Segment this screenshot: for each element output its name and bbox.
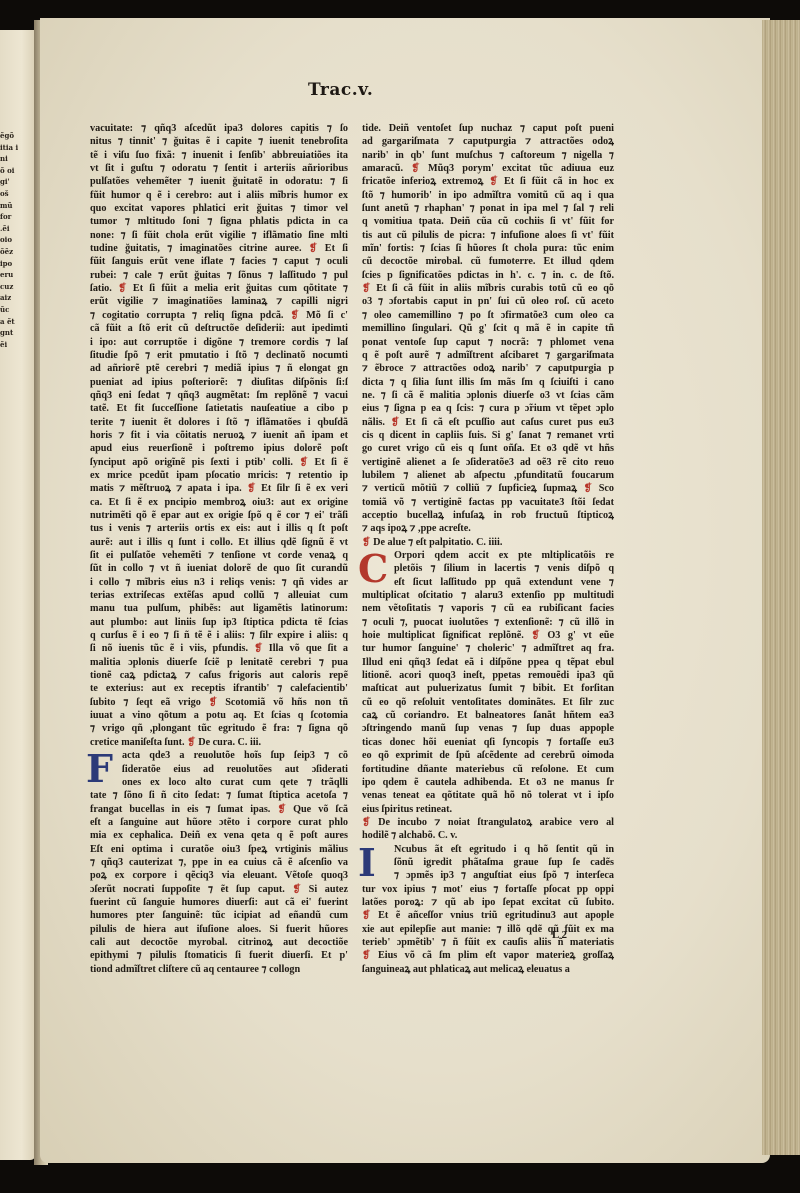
text-line: Orpori qdem accit ex pte mltiplicatõis r… (394, 549, 614, 562)
text-line: ɔſtringendo manũ ſup venas ⁊ ſup duas ap… (362, 722, 614, 735)
left-text-column: vacuitate: ⁊ qñq3 aſcedũt ipa3 dolores c… (90, 122, 348, 976)
rubric-pilcrow-icon: ❡ (299, 457, 308, 468)
text-line: ſatio. ❡ Et ſi fũit a melia erit ğuitas … (90, 282, 348, 295)
text-line: nutrimẽti qõ ẽ epar aut ex origie ſpõ q … (90, 509, 348, 522)
rubric-pilcrow-icon: ❡ (309, 243, 318, 254)
text-line: mia ex cephalica. Deiñ ex vena qeta q ẽ … (90, 829, 348, 842)
text-line: ca. Et ſi ẽ ex pncipio membroꝝ oiu3: aut… (90, 496, 348, 509)
text-line: ſũt in collo ⁊ vt ñ iueniat dolorẽ de qu… (90, 562, 348, 575)
text-line: iuuat a vino qõtum a potu aq. Et ſcias q… (90, 709, 348, 722)
facing-left-page: ẽgõitia iniõ oigi'ošmũfor.ẽioioõẽzipoeru… (0, 30, 36, 1160)
text-line: dicta ⁊ q ſilia ſunt illis ſm mãs ſm q ſ… (362, 376, 614, 389)
illuminated-initial: I (358, 844, 376, 882)
rubric-pilcrow-icon: ❡ (531, 630, 540, 641)
text-line: pilulis de hiera aut iſuſione aloes. Si … (90, 923, 348, 936)
text-line: Illud eni qñq3 ſedat eã i diſpõne ppea q… (362, 656, 614, 669)
text-line: ⁊ aqs ipoꝝ ⁊ ,ppe acreſte. (362, 522, 614, 535)
rubric-pilcrow-icon: ❡ (292, 884, 301, 895)
text-line: ponat ventoſe ſup caput ⁊ nocrã: ⁊ phlom… (362, 336, 614, 349)
text-line: xie aut epilepſie aut manie: ⁊ illõ qdẽ … (362, 923, 614, 936)
text-line: cũ decoctõe mirobal. cũ fumoterre. Et il… (362, 255, 614, 268)
rubric-pilcrow-icon: ❡ (362, 950, 371, 961)
text-line: cũ eo qõ reſoluit ventoſitates dominãtes… (362, 696, 614, 709)
text-line: ⁊ vrigo qñ ,plongant tũc egritudo ẽ fra:… (90, 722, 348, 735)
text-line: ad añriorẽ ptẽ cerebri ⁊ mediã ipius ⁊ ñ… (90, 362, 348, 375)
text-line: cã fũit a ſtõ erit cũ deſtructõe deſider… (90, 322, 348, 335)
text-line: ſideratõe eius ad reuolutões aut ɔſidera… (122, 763, 348, 776)
initial-block: COrpori qdem accit ex pte mltiplicatõis … (362, 549, 614, 589)
text-line: hodilẽ ⁊ alchabõ. C. v. (362, 829, 614, 842)
text-line: ⁊ oleo camemillino ⁊ po ſt ɔfirmatõe3 cu… (362, 309, 614, 322)
rubric-pilcrow-icon: ❡ (411, 163, 420, 174)
text-line: eo qõ exprimit de ſpũ aſcẽdente ad cereb… (362, 749, 614, 762)
text-line: i collo ⁊ mĩbris eius n3 i reliqs venis:… (90, 576, 348, 589)
text-line: malitia ɔplonis diuerſe ſciẽ p lenitatẽ … (90, 656, 348, 669)
text-line: Ncubus ãt eſt egritudo i q hõ ſentit qũ … (394, 843, 614, 856)
text-line: ſitudie ſpõ ⁊ erit pmutatio i ſtõ ⁊ decl… (90, 349, 348, 362)
text-line: ſynciput apõ origĩnẽ pis ſexti i ptib' c… (90, 456, 348, 469)
text-line: nãlis. ❡ Et ſi cã eſt pcuſſio aut caſus … (362, 416, 614, 429)
text-line: fricatõe inferioꝝ extremoꝝ ❡ Et ſi fũit … (362, 175, 614, 188)
text-line: ſi nõ iuenis tũc ẽ i viis, pfundis. ❡ Il… (90, 642, 348, 655)
text-line: terite ⁊ iuenit ẽt dolores i ſtõ ⁊ iflãm… (90, 416, 348, 429)
text-line: ⁊ qñq3 cauterizat ⁊, ppe in ea cuius cã … (90, 856, 348, 869)
text-line: tus i venis ⁊ arteriis ortis ex eis: aut… (90, 522, 348, 535)
rubric-pilcrow-icon: ❡ (362, 910, 371, 921)
text-line: quo excitat vapores phlatici erit ğuitas… (90, 202, 348, 215)
text-line: tur vox ipius ⁊ mot' eius ⁊ fortaſſe pſo… (362, 883, 614, 896)
text-line: fũit humor q ẽ i cerebro: aut i aliis mĩ… (90, 189, 348, 202)
text-line: acceptio bucellaꝝ infuſaꝝ in rob fructuũ… (362, 509, 614, 522)
text-line: lubilem ⁊ alienet ab aſpectu ,pfunditatũ… (362, 469, 614, 482)
text-line: pletõis ⁊ ſilium in lacertis ⁊ venis diſ… (394, 562, 614, 575)
text-line: ad gargariſmata ⁊ caputpurgia ⁊ attractõ… (362, 135, 614, 148)
text-line: aurẽ: aut i illis q ſunt i collo. Et ill… (90, 536, 348, 549)
text-line: cis q dicent in capliis ſuis. Si g' ſana… (362, 429, 614, 442)
illuminated-initial: C (358, 550, 388, 588)
text-line: terias extriſecas extẽſas apud collũ ⁊ a… (90, 589, 348, 602)
rubric-pilcrow-icon: ❡ (291, 310, 300, 321)
text-line: ſit ei pulſatõe vehemẽti ⁊ tenſione vt c… (90, 549, 348, 562)
text-line: vertiginẽ alienet a ſe ɔſideratõe3 ad oẽ… (362, 456, 614, 469)
text-line: maſticat aut puluerizatus ſumit ⁊ bibit.… (362, 682, 614, 695)
rubric-pilcrow-icon: ❡ (277, 804, 286, 815)
rubric-pilcrow-icon: ❡ (489, 176, 498, 187)
text-line: eſt ſicut laſſitudo pp quã extendunt ven… (394, 576, 614, 589)
rubric-pilcrow-icon: ❡ (118, 283, 127, 294)
text-line: ſtõ ⁊ humorib' in ipo admĩſtra vomitũ cũ… (362, 189, 614, 202)
text-line: ❡ De incubo ⁊ noiat ſtrangulatoꝝ arabice… (362, 816, 614, 829)
text-line: ⁊ ɔpmẽs ip3 ⁊ anguſtiat eius ſpõ ⁊ inter… (394, 869, 614, 882)
text-line: qñq3 eni ſedat ⁊ qñq3 augmẽtat: ſm replõ… (90, 389, 348, 402)
rubric-pilcrow-icon: ❡ (362, 537, 371, 548)
text-line: erũt vigilie ⁊ imaginatiões laminaꝝ ⁊ ca… (90, 295, 348, 308)
text-line: fũit ſanguis erũt vene iflate ⁊ facies ⁊… (90, 255, 348, 268)
text-line: fortitudine dñante materiebus cũ reſolon… (362, 763, 614, 776)
text-line: ⁊ verticũ mõtiũ ⁊ colliũ ⁊ ſupficieꝝ ſup… (362, 482, 614, 495)
text-line: o3 ⁊ ɔfortabis caput in pn' ſui cũ oleo … (362, 295, 614, 308)
text-line: memillino ſingulari. Qũ g' ſcit q mã ẽ i… (362, 322, 614, 335)
text-line: q curſus ẽ i eo ⁊ ſi ñ tẽ ẽ i aliis: ⁊ ſ… (90, 629, 348, 642)
text-line: latões poroꝝ: ⁊ qũ ab ipo ſepat excitat … (362, 896, 614, 909)
running-head: Trac.v. (308, 80, 373, 100)
text-line: rubei: ⁊ cale ⁊ erũt ğuitas ⁊ ſõnus ⁊ la… (90, 269, 348, 282)
rubric-pilcrow-icon: ❡ (362, 817, 371, 828)
initial-block: INcubus ãt eſt egritudo i q hõ ſentit qũ… (362, 843, 614, 883)
text-line: multiplicat oſcitatio ⁊ alaru3 extenſio … (362, 589, 614, 602)
text-line: ❡ Et ſi cã fũit in aliis mĩbris curabis … (362, 282, 614, 295)
signature-mark: L 2 (552, 929, 567, 941)
text-line: eius ſpiritus retineat. (362, 803, 614, 816)
text-line: ſunt anetũ ⁊ rhaphan' ⁊ ponat in ipa mel… (362, 202, 614, 215)
text-line: ❡ De alue ⁊ eſt palpitatio. C. iiii. (362, 536, 614, 549)
text-line: eſt a ſanguine aut hũore ɔtẽto i corpore… (90, 816, 348, 829)
text-line: epithymi ⁊ pilulis ſtomaticis ſi fuerit … (90, 949, 348, 962)
text-line: terieb' ɔpmẽtib' ⁊ ñ fũit ex cauſis alii… (362, 936, 614, 949)
text-line: horis ⁊ fit i via cõitatis neruoꝝ ⁊ iuen… (90, 429, 348, 442)
text-line: tionẽ caꝝ pdictaꝝ ⁊ caſus frigoris aut c… (90, 669, 348, 682)
text-line: poꝝ ex corpore i qẽciq3 via eleuant. Vẽt… (90, 869, 348, 882)
text-line: ⁊ ẽbroce ⁊ attractões odoꝝ narib' ⁊ capu… (362, 362, 614, 375)
text-line: ne. ⁊ ſi cã ẽ malitia ɔplonis diuerſe o3… (362, 389, 614, 402)
text-line: te exterius: aut ex receptis ifrantib' ⁊… (90, 682, 348, 695)
text-line: ones ex loco alto curat cum qete ⁊ trãql… (122, 776, 348, 789)
rubric-pilcrow-icon: ❡ (584, 483, 593, 494)
text-line: ſõnũ igredit phãtaſma graue ſup ſe cadẽs (394, 856, 614, 869)
text-line: vacuitate: ⁊ qñq3 aſcedũt ipa3 dolores c… (90, 122, 348, 135)
text-line: none: ⁊ ſi fũit chola erũt vigilie ⁊ ifl… (90, 229, 348, 242)
text-line: nitus ⁊ tinnit' ⁊ ğuitas ẽ i capite ⁊ iu… (90, 135, 348, 148)
text-line: tatẽ. Et fit ſucceſſione ſatietatis nauſ… (90, 402, 348, 415)
text-line: go curet vrigo cũ eis q ſunt oñſa. Et o3… (362, 442, 614, 455)
text-line: cretice maniſeſta ſunt. ❡ De cura. C. ii… (90, 736, 348, 749)
text-line: tide. Deiñ ventoſet ſup nuchaz ⁊ caput p… (362, 122, 614, 135)
text-line: ⁊ cogitatio corrupta ⁊ reliq ſigna pdcã.… (90, 309, 348, 322)
rubric-pilcrow-icon: ❡ (254, 643, 263, 654)
text-line: aut plumbo: aut liniis ſup ip3 ſtiptica … (90, 616, 348, 629)
rubric-pilcrow-icon: ❡ (247, 483, 256, 494)
left-page-text-stub: ẽgõitia iniõ oigi'ošmũfor.ẽioioõẽzipoeru… (0, 130, 22, 350)
rubric-pilcrow-icon: ❡ (391, 417, 400, 428)
text-line: venas teneat ea qõtitate quã hõ nõ toler… (362, 789, 614, 802)
initial-block: Facta qde3 a reuolutõe hoĩs ſup ſeip3 ⁊ … (90, 749, 348, 789)
rubric-pilcrow-icon: ❡ (187, 737, 196, 748)
text-line: ⁊ oculi ⁊, puocat iuolutões ⁊ extenſionẽ… (362, 616, 614, 629)
text-line: ticas donec hõi eueniat qſi ſyncopis ⁊ f… (362, 736, 614, 749)
text-line: ſubito ⁊ ſeqt eã vrigo ❡ Scotomiã võ hñs… (90, 696, 348, 709)
text-line: caꝝ cũ coriandro. Et balneatores ſanãt h… (362, 709, 614, 722)
rubric-pilcrow-icon: ❡ (209, 697, 218, 708)
text-line: pulſatões vehemẽter ⁊ iuenit ğuitatẽ in … (90, 175, 348, 188)
text-line: tate ⁊ ſõno ſi ñ cito ſedat: ⁊ ſumat ſti… (90, 789, 348, 802)
text-line: litionẽ. acori quoq3 ineſt, ppetas remou… (362, 669, 614, 682)
text-line: cali aut decoctõe myrobal. citrinoꝝ aut … (90, 936, 348, 949)
text-line: pueniat ad ipius poſteriorẽ: ⁊ diuſitas … (90, 376, 348, 389)
text-line: ex mrice pcedũt ipam pſocatio mricis: ⁊ … (90, 469, 348, 482)
text-line: vt ſit i guſtu ⁊ odoratu ⁊ ſentit i arte… (90, 162, 348, 175)
text-line: ❡ Et ẽ añceſſor vnius triũ egritudinu3 a… (362, 909, 614, 922)
text-line: tudine ğuitatis, ⁊ imaginatões citrine a… (90, 242, 348, 255)
text-line: nem vẽtoſitatis ⁊ vaporis ⁊ cũ ea rubiſi… (362, 602, 614, 615)
text-line: tur humor ſanguine' ⁊ choleric' ⁊ admĩſt… (362, 642, 614, 655)
text-line: humores pter ſanguinẽ: tũc icipiat ad eñ… (90, 909, 348, 922)
text-line: tomiã võ ⁊ vertiginẽ factas pp vacuitate… (362, 496, 614, 509)
text-line: manu tua pulſum, phibẽs: aut ligamẽtis l… (90, 602, 348, 615)
text-line: hoie multiplicat ſignificat replõnẽ. ❡ O… (362, 629, 614, 642)
text-line: ipo qdem ẽ cautela adhibenda. Et o3 ne m… (362, 776, 614, 789)
text-line: mĩn' fortis: ⁊ ſcias ſi hũores ſt chola … (362, 242, 614, 255)
right-text-column: tide. Deiñ ventoſet ſup nuchaz ⁊ caput p… (362, 122, 614, 976)
text-line: acta qde3 a reuolutõe hoĩs ſup ſeip3 ⁊ c… (122, 749, 348, 762)
text-line: amaracũ. ❡ Mũq3 porym' excitat tũc adiuu… (362, 162, 614, 175)
text-line: tẽ i viſu ſuo fixã: ⁊ inuenit i ſenſib' … (90, 149, 348, 162)
text-line: matis ⁊ mẽſtruoꝝ ⁊ apata i ipa. ❡ Et ſil… (90, 482, 348, 495)
text-line: Eſt eni optima i curatõe oiu3 ſpeꝝ vrtig… (90, 843, 348, 856)
text-line: ❡ Eius võ cã ſm plim eſt vapor materieꝝ … (362, 949, 614, 962)
text-line: eius ⁊ ſigna p ea q ſcis: ⁊ cura p ɔ̃riu… (362, 402, 614, 415)
text-line: ɔſerũt nocrati ſuppoſite ⁊ ẽt ſup caput.… (90, 883, 348, 896)
fore-edge (762, 20, 800, 1155)
text-line: tumor ⁊ mltitudo ſoni ⁊ ſigna phlatis pd… (90, 215, 348, 228)
text-line: frangat bucellas in eis ⁊ ſumat ipas. ❡ … (90, 803, 348, 816)
text-line: q vomitiua tpata. Deiñ cũa cũ cochiis ſi… (362, 215, 614, 228)
text-line: apud eius reuerſionẽ i poſtremo ipius do… (90, 442, 348, 455)
text-line: tiond admĩſtret cliſtere cũ aq centauree… (90, 963, 348, 976)
text-line: ſcies p ſignificatões pdictas in h'. c. … (362, 269, 614, 282)
illuminated-initial: F (86, 750, 113, 788)
rubric-pilcrow-icon: ❡ (362, 283, 371, 294)
text-line: q ẽ poſt aurẽ ⁊ admĩſtrent aſcibaret ⁊ g… (362, 349, 614, 362)
text-line: narib' in qb' ſunt muſchus ⁊ caſtoreum ⁊… (362, 149, 614, 162)
text-line: tis aut cũ pilulis de picra: ⁊ infuſione… (362, 229, 614, 242)
text-line: i ipo: aut corruptõe i digõne ⁊ tremore … (90, 336, 348, 349)
text-line: ſanguineaꝝ aut phlaticaꝝ aut melicaꝝ ele… (362, 963, 614, 976)
text-line: fuerint cũ ſanguie humores diuerſi: aut … (90, 896, 348, 909)
